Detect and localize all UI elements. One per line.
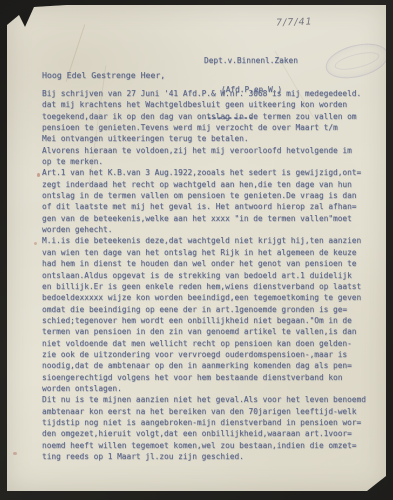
typewritten-line: ting reeds op 1 Maart jl.zou zijn geschi… [42, 451, 378, 462]
typewritten-line: ambtenaar kon eerst na het bereiken van … [42, 406, 378, 417]
typewritten-line: bedoeldexxxxx wijze kon worden beeindigd… [42, 292, 378, 303]
typewritten-line: worden gehecht. [42, 224, 378, 235]
typewritten-line: Alvorens hieraan te voldoen,zij het mij … [42, 145, 378, 156]
typewritten-line: schied;tegenover hem wordt een onbillijk… [42, 315, 378, 326]
stamp-inner-ring [333, 49, 381, 74]
typewritten-line: toegekend,daar ik op den dag van ontslag… [42, 111, 378, 122]
typewritten-line: omdat die beeindiging op eene der in art… [42, 304, 378, 315]
typewritten-line: noodig,dat de ambtenaar op den in aanmer… [42, 360, 378, 371]
typewritten-line: Art.1 van het K.B.van 3 Aug.1922,zooals … [42, 167, 378, 178]
letter-page: 7/7/41 Dept.v.Binnenl.Zaken (Afd.P.en W.… [7, 5, 386, 491]
letter-body: Bij schrijven van 27 Juni '41 Afd.P.& W.… [42, 88, 378, 462]
typewritten-line: gen van de beteekenis,welke aan het xxxx… [42, 213, 378, 224]
scan-background: 7/7/41 Dept.v.Binnenl.Zaken (Afd.P.en W.… [0, 0, 393, 500]
paper-speck [34, 242, 37, 245]
typewritten-line: pensioen te genieten.Tevens werd mij ver… [42, 122, 378, 133]
typewritten-line: en billijk.Er is geen enkele reden hem,w… [42, 281, 378, 292]
typewritten-line: niet voldoende dat men wellicht recht op… [42, 338, 378, 349]
typewritten-line: M.i.is die beteekenis deze,dat wachtgeld… [42, 235, 378, 246]
typewritten-line: van wien ten dage van het ontslag het Ri… [42, 247, 378, 258]
typewritten-line: dat mij krachtens het Wachtgeldbesluit g… [42, 99, 378, 110]
faint-oval-stamp [322, 38, 392, 85]
typewritten-line: Bij schrijven van 27 Juni '41 Afd.P.& W.… [42, 88, 378, 99]
typewritten-line: zie ook de uitzondering voor vervroegd o… [42, 349, 378, 360]
typewritten-line: termen van pensioen in den zin van genoe… [42, 326, 378, 337]
typewritten-line: ontslaan.Aldus opgevat is de strekking v… [42, 270, 378, 281]
typewritten-line: den omgezet,hieruit volgt,dat een onbill… [42, 428, 378, 439]
typewritten-line: zegt inderdaad het recht op wachtgeld aa… [42, 179, 378, 190]
paper-speck [13, 452, 17, 455]
typewritten-line: Mei ontvangen uitkeeringen terug te beta… [42, 133, 378, 144]
typewritten-line: op te merken. [42, 156, 378, 167]
typewritten-line: of dit laatste met mij het geval is. Het… [42, 201, 378, 212]
typewritten-line: sioengerechtigd volgens het voor hem bes… [42, 372, 378, 383]
paper-speck [37, 173, 40, 177]
typewritten-line: tijdstip nog niet is aangebroken-mijn di… [42, 417, 378, 428]
handwritten-date: 7/7/41 [276, 16, 313, 28]
recipient-line1: Dept.v.Binnenl.Zaken [204, 56, 298, 66]
typewritten-line: worden ontslagen. [42, 383, 378, 394]
salutation: Hoog Edel Gestrenge Heer, [42, 70, 165, 80]
typewritten-line: Dit nu is te mijnen aanzien niet het gev… [42, 394, 378, 405]
typewritten-line: ontslag in de termen vallen om pensioen … [42, 190, 378, 201]
typewritten-line: had hem in dienst te houden dan wel onde… [42, 258, 378, 269]
typewritten-line: noemd heeft willen tegemoet komen,wel zo… [42, 440, 378, 451]
